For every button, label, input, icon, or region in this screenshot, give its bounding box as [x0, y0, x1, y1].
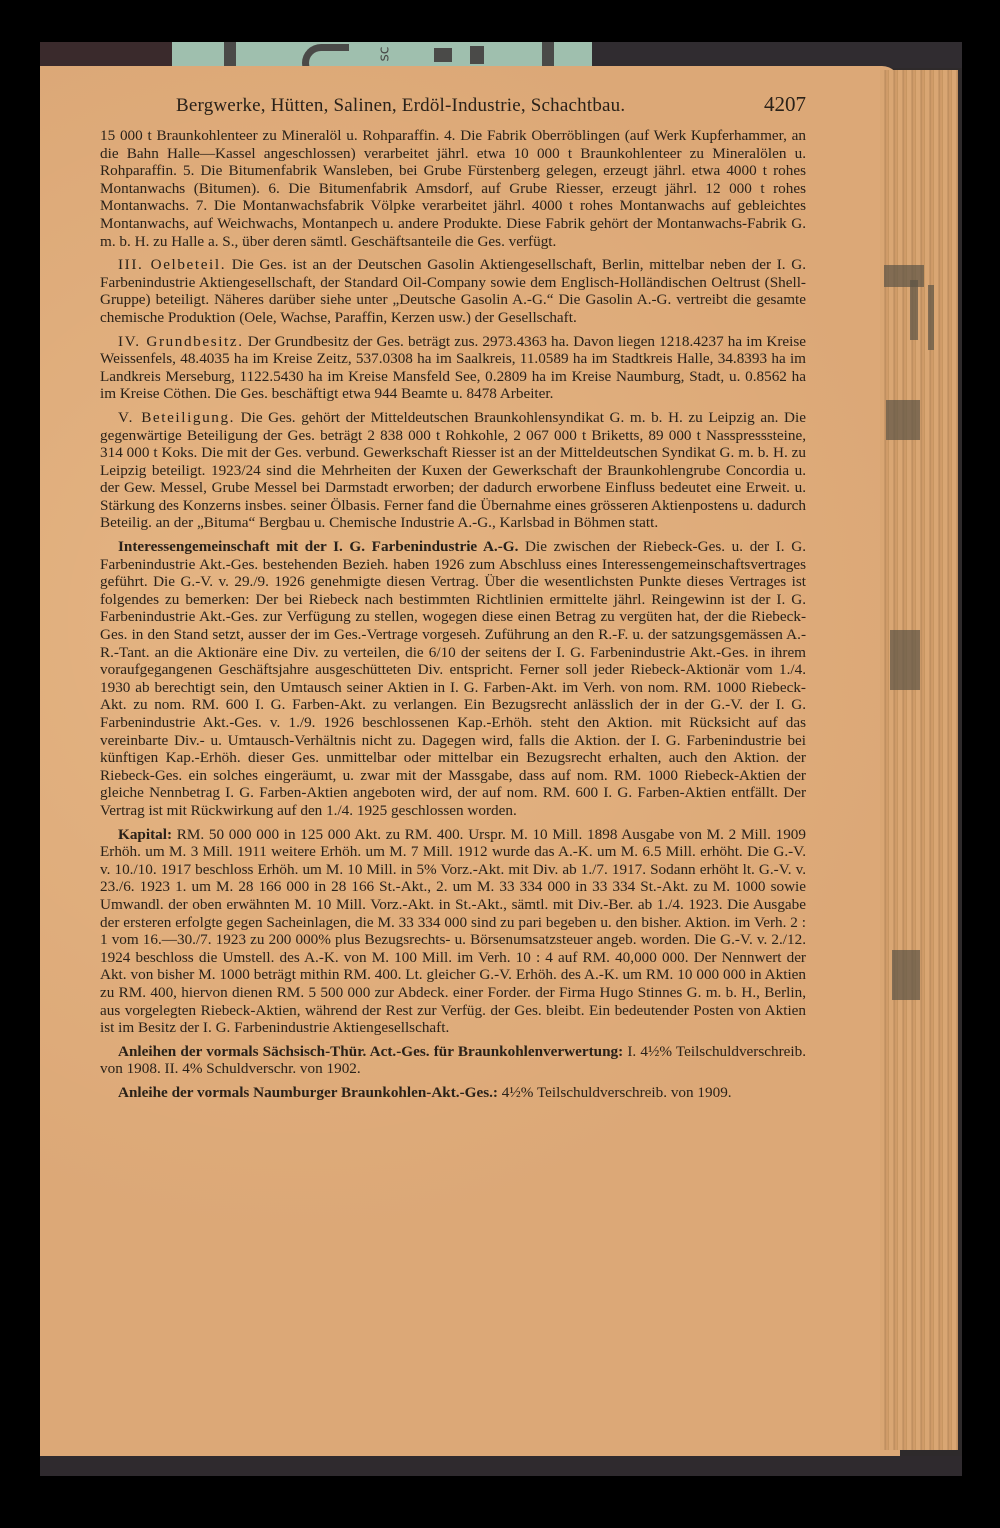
- paragraph-beteiligung: V. Beteiligung. Die Ges. gehört der Mitt…: [100, 409, 806, 532]
- paragraph-grundbesitz: IV. Grundbesitz. Der Grundbesitz der Ges…: [100, 333, 806, 403]
- section-heading: III. Oelbeteil.: [118, 256, 226, 273]
- cover-strip-right: [592, 42, 962, 68]
- running-header: Bergwerke, Hütten, Salinen, Erdöl-Indust…: [176, 92, 806, 117]
- card-print-text: sc: [377, 47, 393, 62]
- section-heading: Anleihen der vormals Sächsisch-Thür. Act…: [118, 1043, 623, 1060]
- paragraph-anleihen: Anleihen der vormals Sächsisch-Thür. Act…: [100, 1043, 806, 1078]
- paragraph-factories: 15 000 t Braunkohlenteer zu Mineralöl u.…: [100, 127, 806, 250]
- paragraph-text: 4½% Teilschuldverschreib. von 1909.: [498, 1084, 732, 1101]
- section-heading: Kapital:: [118, 826, 172, 843]
- thumb-index-mark: [892, 950, 920, 1000]
- card-print-glyph: [434, 48, 452, 62]
- section-heading: V. Beteiligung.: [118, 409, 235, 426]
- paragraph-text: Die Ges. gehört der Mitteldeutschen Brau…: [100, 409, 806, 532]
- section-heading: Anleihe der vormals Naumburger Braunkohl…: [118, 1084, 498, 1101]
- thumb-index-mark: [884, 265, 924, 287]
- paragraph-kapital: Kapital: RM. 50 000 000 in 125 000 Akt. …: [100, 826, 806, 1037]
- paragraph-interessengemeinschaft: Interessengemeinschaft mit der I. G. Far…: [100, 538, 806, 820]
- paragraph-text: Die zwischen der Riebeck-Ges. u. der I. …: [100, 538, 806, 819]
- running-head-title: Bergwerke, Hütten, Salinen, Erdöl-Indust…: [176, 95, 625, 117]
- thumb-index-mark: [890, 630, 920, 690]
- cover-strip-left: [40, 42, 172, 68]
- thumb-index-mark: [928, 285, 934, 350]
- thumb-index-mark: [910, 280, 918, 340]
- book-cover-bottom: [40, 1456, 962, 1476]
- section-heading: Interessengemeinschaft mit der I. G. Far…: [118, 538, 518, 555]
- thumb-index-mark: [886, 400, 920, 440]
- card-print-glyph: [470, 46, 484, 64]
- page-edges: [880, 70, 958, 1450]
- paragraph-anleihe-naumburger: Anleihe der vormals Naumburger Braunkohl…: [100, 1084, 806, 1102]
- section-heading: IV. Grundbesitz.: [118, 333, 244, 350]
- paragraph-text: RM. 50 000 000 in 125 000 Akt. zu RM. 40…: [100, 826, 806, 1037]
- page-content: Bergwerke, Hütten, Salinen, Erdöl-Indust…: [100, 92, 806, 1107]
- page-number: 4207: [764, 92, 806, 117]
- paragraph-oelbeteil: III. Oelbeteil. Die Ges. ist an der Deut…: [100, 256, 806, 326]
